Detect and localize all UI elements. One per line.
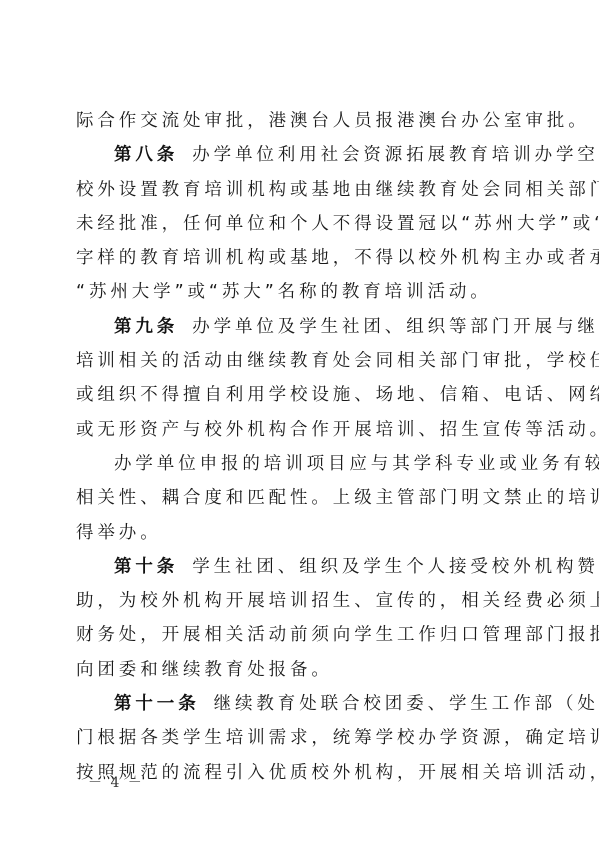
page-number: － 4 －	[88, 772, 144, 792]
text-line: 培训相关的活动由继续教育处会同相关部门审批，学校任何单位	[76, 344, 530, 378]
text-line: 门根据各类学生培训需求，统筹学校办学资源，确定培训项目，	[76, 721, 530, 755]
paragraph-first-line: 办学单位申报的培训项目应与其学科专业或业务有较高的	[76, 447, 530, 481]
text-fragment: 办学单位及学生社团、组织等部门开展与继续教育	[192, 317, 599, 337]
article-9-first-line: 第九条办学单位及学生社团、组织等部门开展与继续教育	[76, 310, 530, 344]
text-line: 按照规范的流程引入优质校外机构，开展相关培训活动，合作办	[76, 756, 530, 790]
text-line: 向团委和继续教育处报备。	[76, 653, 530, 687]
article-11-first-line: 第十一条继续教育处联合校团委、学生工作部（处）等部	[76, 687, 530, 721]
text-line: 字样的教育培训机构或基地，不得以校外机构主办或者承办冠以	[76, 241, 530, 275]
text-line: 或无形资产与校外机构合作开展培训、招生宣传等活动。	[76, 413, 530, 447]
article-number: 第十条	[114, 557, 178, 577]
article-10-first-line: 第十条学生社团、组织及学生个人接受校外机构赞助与资	[76, 550, 530, 584]
document-body: 际合作交流处审批，港澳台人员报港澳台办公室审批。 第八条办学单位利用社会资源拓展…	[76, 104, 530, 790]
text-fragment: 继续教育处联合校团委、学生工作部（处）等部	[214, 694, 599, 714]
article-8-first-line: 第八条办学单位利用社会资源拓展教育培训办学空间，在	[76, 138, 530, 172]
text-line: 校外设置教育培训机构或基地由继续教育处会同相关部门审批。	[76, 173, 530, 207]
article-number: 第九条	[114, 317, 178, 337]
text-line: 际合作交流处审批，港澳台人员报港澳台办公室审批。	[76, 104, 530, 138]
text-line: “苏州大学”或“苏大”名称的教育培训活动。	[76, 275, 530, 309]
article-number: 第八条	[114, 145, 178, 165]
document-page: 际合作交流处审批，港澳台人员报港澳台办公室审批。 第八条办学单位利用社会资源拓展…	[0, 0, 599, 848]
text-line: 未经批准，任何单位和个人不得设置冠以“苏州大学”或“苏大”	[76, 207, 530, 241]
text-fragment: 办学单位利用社会资源拓展教育培训办学空间，在	[192, 145, 599, 165]
text-line: 相关性、耦合度和匹配性。上级主管部门明文禁止的培训项目不	[76, 481, 530, 515]
article-number: 第十一条	[114, 694, 200, 714]
text-line: 得举办。	[76, 516, 530, 550]
text-line: 或组织不得擅自利用学校设施、场地、信箱、电话、网络等有形	[76, 378, 530, 412]
text-fragment: 学生社团、组织及学生个人接受校外机构赞助与资	[192, 557, 599, 577]
text-line: 财务处，开展相关活动前须向学生工作归口管理部门报批，同时	[76, 618, 530, 652]
text-line: 助，为校外机构开展培训招生、宣传的，相关经费必须上交学校	[76, 584, 530, 618]
